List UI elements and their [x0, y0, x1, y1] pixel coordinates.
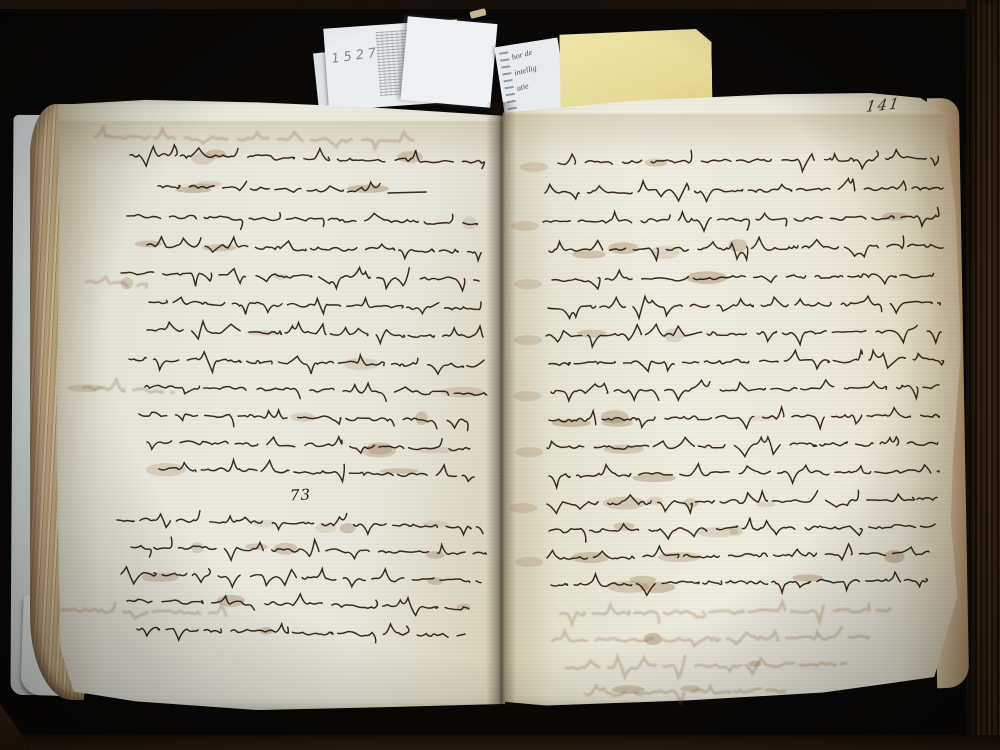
debris-speck	[469, 8, 486, 19]
page-stain	[500, 114, 962, 158]
slip-note-line: intellig	[514, 64, 538, 78]
book-gutter-shadow	[486, 102, 516, 706]
table-edge-top	[0, 0, 1000, 9]
table-edge-right	[966, 0, 1000, 750]
page-stain	[55, 121, 505, 165]
table-edge-bottom	[0, 735, 1000, 750]
right-page	[500, 88, 962, 708]
slip-number-label: 1527	[330, 45, 381, 67]
left-page	[55, 95, 505, 710]
page-stain	[55, 95, 101, 710]
slip-note-line: utie	[516, 82, 530, 93]
folio-note-73: 73	[290, 485, 312, 504]
bookmark-slip-plain	[401, 16, 498, 108]
manuscript-photo: 1527 hor de intellig utie 141 73	[0, 0, 1000, 750]
slip-note-line: hor de	[511, 49, 533, 62]
